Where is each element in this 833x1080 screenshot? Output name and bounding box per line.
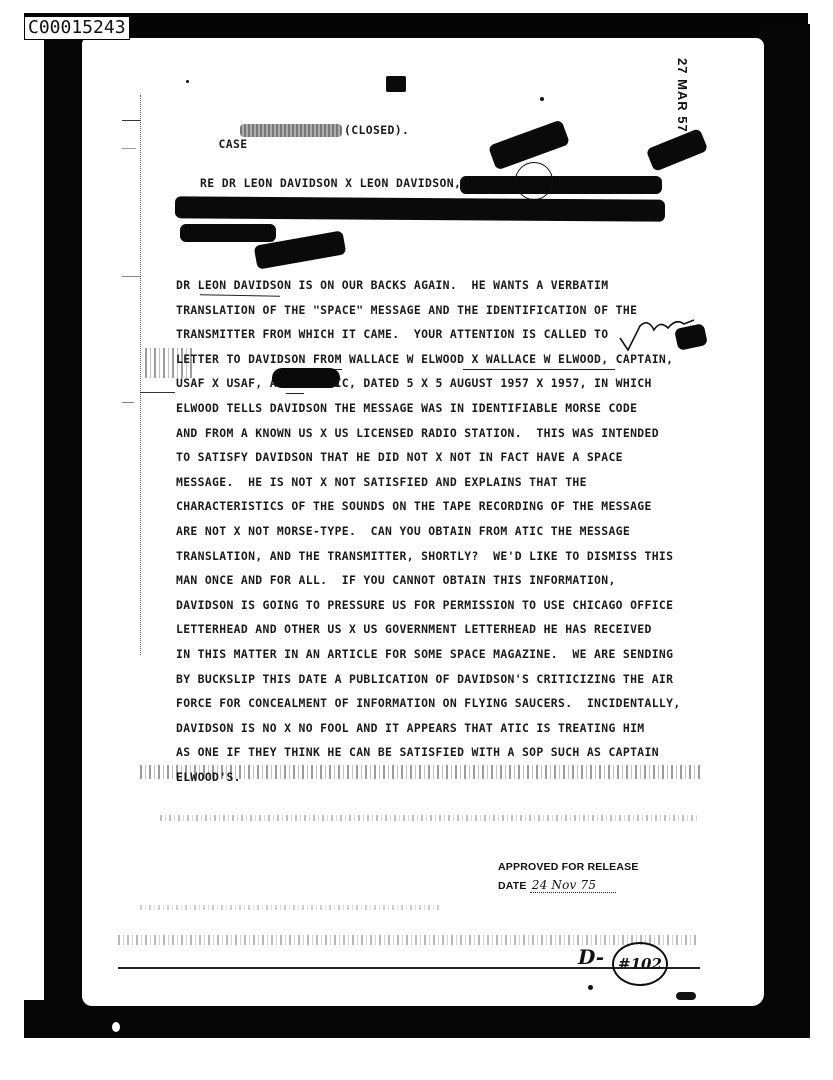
- body-line: TRANSMITTER FROM WHICH IT CAME. YOUR ATT…: [176, 322, 681, 347]
- scan-border-left: [44, 28, 84, 1038]
- message-body: DR LEON DAVIDSON IS ON OUR BACKS AGAIN. …: [176, 273, 681, 789]
- body-line: LETTER TO DAVIDSON FROM WALLACE W ELWOOD…: [176, 347, 681, 372]
- handwritten-underline: [463, 369, 615, 370]
- body-line: TRANSLATION, AND THE TRANSMITTER, SHORTL…: [176, 544, 681, 569]
- scan-speck: [112, 1022, 120, 1032]
- handwritten-underline: [286, 393, 304, 394]
- body-line: AS ONE IF THEY THINK HE CAN BE SATISFIED…: [176, 740, 681, 765]
- body-line: FORCE FOR CONCEALMENT OF INFORMATION ON …: [176, 691, 681, 716]
- body-line: ELWOOD TELLS DAVIDSON THE MESSAGE WAS IN…: [176, 396, 681, 421]
- document-number-prefix: D-: [578, 945, 604, 969]
- margin-mark: [122, 120, 140, 121]
- redaction-case-number: [240, 124, 342, 137]
- scan-artifact: [386, 76, 406, 92]
- body-line: DAVIDSON IS GOING TO PRESSURE US FOR PER…: [176, 593, 681, 618]
- subject-line: RE DR LEON DAVIDSON X LEON DAVIDSON,: [200, 176, 461, 190]
- document-number-circled: #102: [612, 942, 668, 986]
- body-line: ARE NOT X NOT MORSE-TYPE. CAN YOU OBTAIN…: [176, 519, 681, 544]
- body-line: USAF X USAF, ATIC X ATIC, DATED 5 X 5 AU…: [176, 371, 681, 396]
- body-line: TRANSLATION OF THE "SPACE" MESSAGE AND T…: [176, 298, 681, 323]
- release-stamp: APPROVED FOR RELEASE DATE 24 Nov 75: [498, 858, 639, 895]
- redaction-bar: [460, 176, 662, 194]
- faded-text: [140, 905, 440, 910]
- redaction-bar: [175, 196, 665, 221]
- faded-text: [118, 935, 698, 945]
- release-date-label: DATE: [498, 880, 527, 892]
- body-line: TO SATISFY DAVIDSON THAT HE DID NOT X NO…: [176, 445, 681, 470]
- scan-speck: [540, 97, 544, 101]
- handwritten-loop: [515, 162, 553, 200]
- body-line: DR LEON DAVIDSON IS ON OUR BACKS AGAIN. …: [176, 273, 681, 298]
- margin-mark: [122, 148, 136, 149]
- body-line: AND FROM A KNOWN US X US LICENSED RADIO …: [176, 421, 681, 446]
- faded-text: [140, 765, 700, 779]
- scan-border-top: [24, 13, 808, 39]
- case-status: (CLOSED).: [344, 123, 409, 137]
- case-label: CASE: [219, 137, 248, 151]
- scan-border-right: [760, 24, 810, 1036]
- received-date-stamp: 27 MAR 57: [675, 58, 690, 133]
- document-id-label: C00015243: [24, 16, 130, 40]
- handwritten-check-icon: [618, 316, 698, 356]
- release-stamp-label: APPROVED FOR RELEASE: [498, 858, 639, 876]
- smudge: [145, 348, 195, 378]
- body-line: BY BUCKSLIP THIS DATE A PUBLICATION OF D…: [176, 667, 681, 692]
- margin-rule: [140, 95, 142, 655]
- body-line: LETTERHEAD AND OTHER US X US GOVERNMENT …: [176, 617, 681, 642]
- scan-speck: [588, 985, 593, 990]
- redaction-bar: [180, 224, 276, 242]
- body-line: CHARACTERISTICS OF THE SOUNDS ON THE TAP…: [176, 494, 681, 519]
- body-line: MESSAGE. HE IS NOT X NOT SATISFIED AND E…: [176, 470, 681, 495]
- scan-speck: [186, 80, 189, 83]
- release-date-row: DATE 24 Nov 75: [498, 876, 639, 895]
- body-line: MAN ONCE AND FOR ALL. IF YOU CANNOT OBTA…: [176, 568, 681, 593]
- redaction-bar: [272, 368, 340, 388]
- body-line: IN THIS MATTER IN AN ARTICLE FOR SOME SP…: [176, 642, 681, 667]
- release-date-value: 24 Nov 75: [530, 878, 616, 893]
- body-line: DAVIDSON IS NO X NO FOOL AND IT APPEARS …: [176, 716, 681, 741]
- margin-mark: [122, 402, 134, 403]
- margin-mark: [140, 392, 175, 393]
- scan-speck: [676, 992, 696, 1000]
- margin-mark: [122, 276, 140, 277]
- faded-text: [160, 815, 700, 821]
